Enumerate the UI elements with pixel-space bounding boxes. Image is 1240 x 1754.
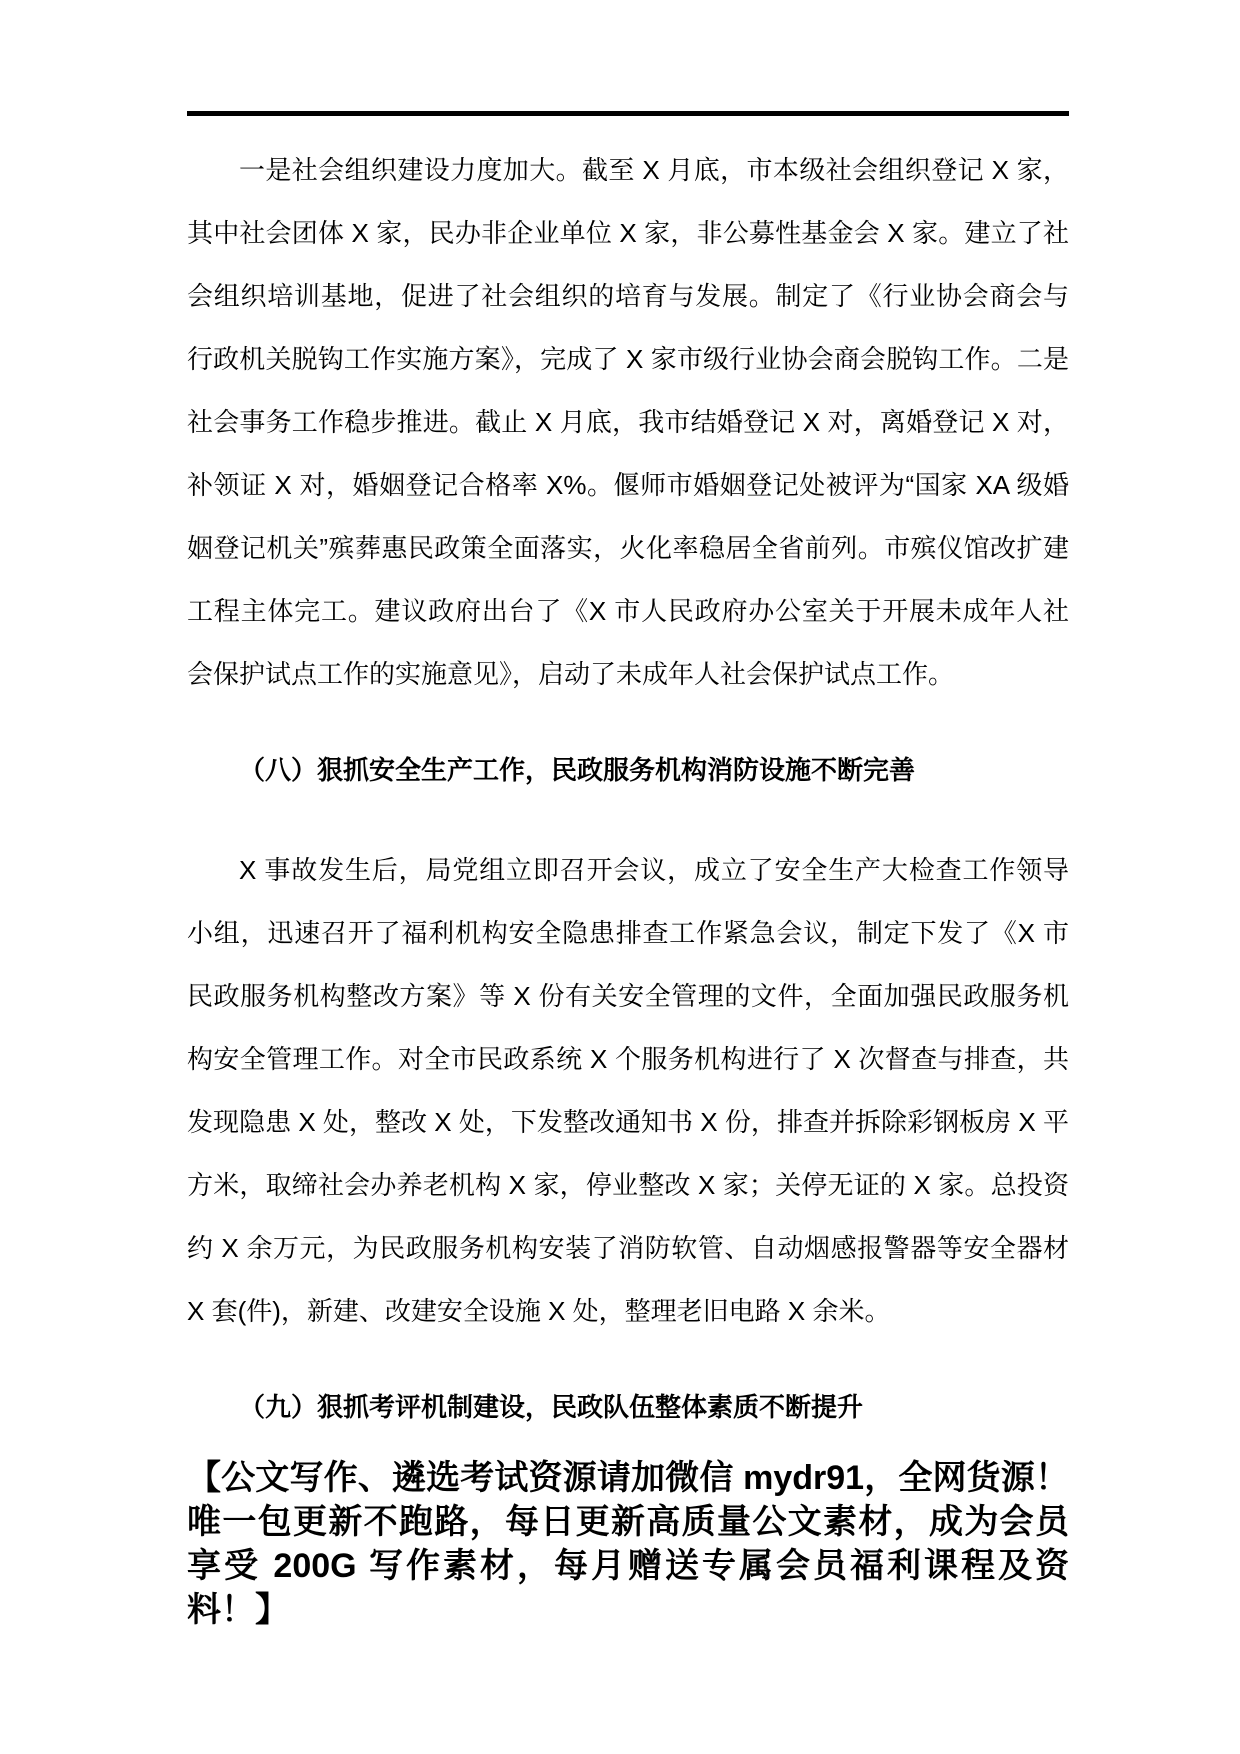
promo-advertisement-text: 【公文写作、遴选考试资源请加微信 mydr91，全网货源！唯一包更新不跑路，每日… (187, 1456, 1069, 1632)
heading-section-nine: （九）狠抓考评机制建设，民政队伍整体素质不断提升 (187, 1376, 1069, 1439)
paragraph-safety-production-work: X 事故发生后，局党组立即召开会议，成立了安全生产大检查工作领导小组，迅速召开了… (187, 839, 1069, 1343)
page-header-rule (187, 111, 1069, 116)
heading-section-eight: （八）狠抓安全生产工作，民政服务机构消防设施不断完善 (187, 739, 1069, 802)
paragraph-social-organization-work: 一是社会组织建设力度加大。截至 X 月底，市本级社会组织登记 X 家，其中社会团… (187, 139, 1069, 706)
document-page: 一是社会组织建设力度加大。截至 X 月底，市本级社会组织登记 X 家，其中社会团… (0, 0, 1240, 1754)
